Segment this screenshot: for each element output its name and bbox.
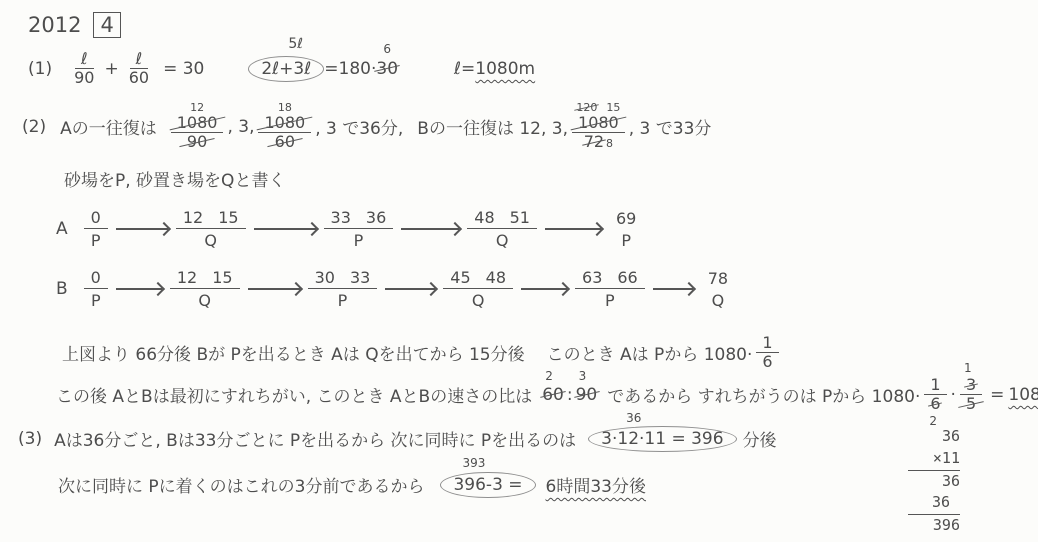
- margin-multiplication: 36 ×11 36 36 396: [908, 426, 960, 537]
- fraction-numerator: ℓ: [75, 50, 94, 69]
- timeline-a: A 0 P 1215 Q 3336 P 4851 Q 69 P: [56, 208, 643, 250]
- part1-answer: ℓ=1080m: [454, 59, 535, 79]
- timeline-station: 1215 Q: [176, 208, 246, 250]
- time-value: 63: [582, 268, 602, 287]
- timeline-station: 1215 Q: [170, 268, 240, 310]
- part3-text-2a: 次に同時に Pに着くのはこれの3分前であるから: [58, 472, 424, 497]
- time-value: 30: [315, 268, 335, 287]
- ratio-a: 60: [542, 385, 564, 405]
- cancel-note-1: 1: [964, 362, 972, 374]
- fraction-numerator: 1: [924, 376, 946, 395]
- work-expression: 5ℓ 2ℓ+3ℓ=180·306: [248, 59, 398, 79]
- observation-2b: であるから すれちがうのは Pから 1080·: [607, 382, 920, 407]
- part2-lead-a: Aの一往復は: [60, 114, 157, 139]
- station-place: P: [354, 229, 364, 250]
- fraction-numerator: 1: [756, 334, 778, 353]
- sub-note-393: 393: [462, 457, 485, 469]
- timeline-station: 78 Q: [701, 269, 735, 310]
- ratio-b: 90: [576, 385, 598, 405]
- station-place: P: [621, 229, 631, 250]
- part1-line: (1) ℓ 90 + ℓ 60 = 30 5ℓ 2ℓ+3ℓ=180·306 ℓ=…: [28, 50, 535, 88]
- fraction-1-6-cancelled: 1 62: [924, 376, 946, 414]
- time-value: 15: [218, 208, 238, 227]
- part2-roundtrip-line: (2) Aの一往復は 12 1080 90 , 3, 18 1080 60 , …: [22, 102, 711, 152]
- ratio-a-note: 2: [545, 370, 553, 382]
- time-value: 33: [331, 208, 351, 227]
- cancel-note-120: 120: [576, 102, 597, 113]
- fraction-1080-72: 12015 1080 728: [572, 102, 625, 152]
- time-value: 45: [450, 268, 470, 287]
- part3-text-1a: Aは36分ごと, Bは33分ごとに Pを出るから 次に同時に Pを出るのは: [54, 426, 576, 451]
- station-times: 4548: [443, 268, 513, 289]
- station-times: 78: [701, 269, 735, 289]
- right-arrow-icon: [116, 288, 162, 290]
- time-value: 48: [486, 268, 506, 287]
- work-middle: =180·: [324, 59, 376, 79]
- cancelled-72: 72: [584, 133, 604, 151]
- cancel-note-6: 6: [383, 43, 391, 55]
- fraction-1080-60: 18 1080 60: [258, 102, 311, 152]
- part3-text-1b: 分後: [743, 426, 777, 451]
- time-value: 0: [91, 268, 101, 287]
- cancelled-30: 30: [376, 59, 398, 79]
- station-place: Q: [472, 289, 485, 310]
- lcm-calculation: 36 3·12·11 = 396: [588, 429, 736, 449]
- timeline-b: B 0 P 1215 Q 3033 P 4548 Q 6366 P 78 Q: [56, 268, 735, 310]
- station-times: 6366: [575, 268, 645, 289]
- right-arrow-icon: [521, 288, 567, 290]
- timeline-station: 0 P: [84, 268, 108, 310]
- separator: , 3,: [227, 117, 254, 137]
- fraction-3-5-cancelled: 31 5: [960, 376, 982, 414]
- station-place: Q: [712, 289, 725, 310]
- timeline-station: 4548 Q: [443, 268, 513, 310]
- timeline-station: 4851 Q: [467, 208, 537, 250]
- right-arrow-icon: [254, 228, 316, 230]
- time-value: 12: [177, 268, 197, 287]
- timeline-station: 69 P: [609, 209, 643, 250]
- part1-label: (1): [28, 59, 52, 79]
- fraction-denominator: 5: [960, 395, 982, 413]
- right-arrow-icon: [545, 228, 601, 230]
- station-times: 1215: [170, 268, 240, 289]
- multiplication-result: 396: [908, 515, 960, 537]
- cancel-result-15: 15: [606, 102, 620, 113]
- calc-circled: 3·12·11 = 396: [588, 426, 736, 452]
- observation-line-1: 上図より 66分後 Bが Pを出るとき Aは Qを出てから 15分後 このとき …: [62, 334, 783, 372]
- fraction-numerator: 31: [960, 376, 982, 395]
- fraction-1-6: 1 6: [756, 334, 778, 372]
- station-times: 0: [84, 268, 108, 289]
- fraction-l-90: ℓ 90: [68, 50, 100, 88]
- time-value: 48: [474, 208, 494, 227]
- time-value: 66: [617, 268, 637, 287]
- station-times: 3336: [324, 208, 394, 229]
- work-note-5l: 5ℓ: [288, 37, 303, 51]
- page-header: 2012 4: [28, 12, 121, 38]
- fraction-denominator: 728: [578, 133, 619, 151]
- speed-ratio: 602:903: [542, 385, 597, 405]
- fraction-denominator: 62: [924, 395, 946, 413]
- station-times: 0: [84, 208, 108, 229]
- plus-sign: +: [104, 59, 118, 79]
- equals-sign: =: [990, 385, 1004, 405]
- equation-rhs: = 30: [163, 59, 204, 79]
- calc-note-36: 36: [626, 412, 641, 424]
- time-value: 51: [510, 208, 530, 227]
- part2-lead-b: Bの一往復は 12, 3,: [417, 114, 568, 139]
- multiplier: ×11: [908, 448, 960, 471]
- cancel-notes: 12015: [576, 102, 620, 113]
- part3-line-2: 次に同時に Pに着くのはこれの3分前であるから 393 396-3 = 6時間3…: [58, 472, 646, 497]
- answer-lhs: ℓ=: [454, 59, 475, 79]
- part3-line-1: (3) Aは36分ごと, Bは33分ごとに Pを出るから 次に同時に Pを出るの…: [18, 426, 777, 451]
- problem-number-box: 4: [93, 12, 120, 38]
- station-place: P: [338, 289, 348, 310]
- cancel-result-18: 18: [278, 102, 292, 113]
- timeline-b-label: B: [56, 279, 68, 299]
- subtraction-calculation: 393 396-3 =: [440, 475, 535, 495]
- station-place: Q: [496, 229, 509, 250]
- right-arrow-icon: [116, 228, 168, 230]
- fraction-1080-90: 12 1080 90: [171, 102, 224, 152]
- part3-label: (3): [18, 429, 42, 449]
- fraction-numerator: ℓ: [130, 50, 149, 69]
- observation-1a: 上図より 66分後 Bが Pを出るとき Aは Qを出てから 15分後: [62, 340, 525, 365]
- multiplicand: 36: [908, 426, 960, 448]
- work-circled-sum: 2ℓ+3ℓ: [248, 56, 324, 82]
- observation-1b: このとき Aは Pから 1080·: [547, 340, 753, 365]
- fraction-denominator: 90: [181, 133, 213, 151]
- fraction-numerator: 1080: [171, 114, 224, 133]
- cancelled-6: 6: [930, 395, 940, 413]
- part3-answer: 6時間33分後: [546, 472, 646, 497]
- multiply-dot: ·: [951, 385, 956, 405]
- station-place: Q: [204, 229, 217, 250]
- timeline-station: 0 P: [84, 208, 108, 250]
- a-total-minutes: , 3 で36分,: [315, 114, 403, 139]
- fraction-denominator: 60: [269, 133, 301, 151]
- observation-2a: この後 AとBは最初にすれちがい, このとき AとBの速さの比は: [56, 382, 532, 407]
- station-times: 4851: [467, 208, 537, 229]
- station-place: Q: [198, 289, 211, 310]
- fraction-denominator: 90: [68, 69, 100, 87]
- station-place: P: [91, 229, 101, 250]
- station-times: 69: [609, 209, 643, 229]
- time-value: 12: [183, 208, 203, 227]
- answer-value: 1080m: [475, 59, 535, 79]
- fraction-l-60: ℓ 60: [123, 50, 155, 88]
- cancel-result-12: 12: [190, 102, 204, 113]
- naming-text: 砂場をP, 砂置き場をQと書く: [64, 166, 285, 191]
- cancel-note-8: 8: [606, 137, 613, 150]
- handwritten-math-notes-page: 2012 4 (1) ℓ 90 + ℓ 60 = 30 5ℓ 2ℓ+3ℓ=180…: [0, 0, 1038, 542]
- naming-line: 砂場をP, 砂置き場をQと書く: [64, 166, 285, 191]
- timeline-station: 3336 P: [324, 208, 394, 250]
- station-times: 3033: [308, 268, 378, 289]
- fraction-numerator: 1080: [258, 114, 311, 133]
- time-value: 0: [91, 208, 101, 227]
- timeline-station: 3033 P: [308, 268, 378, 310]
- fraction-denominator: 60: [123, 69, 155, 87]
- right-arrow-icon: [401, 228, 459, 230]
- timeline-a-label: A: [56, 219, 68, 239]
- part2-answer: 108m: [1008, 385, 1038, 405]
- station-place: P: [91, 289, 101, 310]
- ratio-colon: :: [567, 385, 573, 405]
- time-value: 78: [708, 269, 728, 288]
- right-arrow-icon: [653, 288, 693, 290]
- sub-circled: 396-3 =: [440, 472, 535, 498]
- fraction-numerator: 1080: [572, 114, 625, 133]
- time-value: 33: [350, 268, 370, 287]
- cancel-note-2: 2: [929, 415, 937, 427]
- part2-label: (2): [22, 117, 46, 137]
- right-arrow-icon: [385, 288, 435, 290]
- partial-product-1: 36: [908, 471, 960, 493]
- timeline-station: 6366 P: [575, 268, 645, 310]
- station-place: P: [605, 289, 615, 310]
- b-total-minutes: , 3 で33分: [629, 114, 712, 139]
- time-value: 36: [366, 208, 386, 227]
- time-value: 15: [212, 268, 232, 287]
- year-label: 2012: [28, 13, 81, 37]
- ratio-b-note: 3: [579, 370, 587, 382]
- observation-line-2: この後 AとBは最初にすれちがい, このとき AとBの速さの比は 602:903…: [56, 376, 1038, 414]
- partial-product-2: 36: [908, 492, 960, 515]
- station-times: 1215: [176, 208, 246, 229]
- right-arrow-icon: [248, 288, 300, 290]
- time-value: 69: [616, 209, 636, 228]
- cancelled-3: 3: [966, 376, 976, 394]
- fraction-denominator: 6: [756, 353, 778, 371]
